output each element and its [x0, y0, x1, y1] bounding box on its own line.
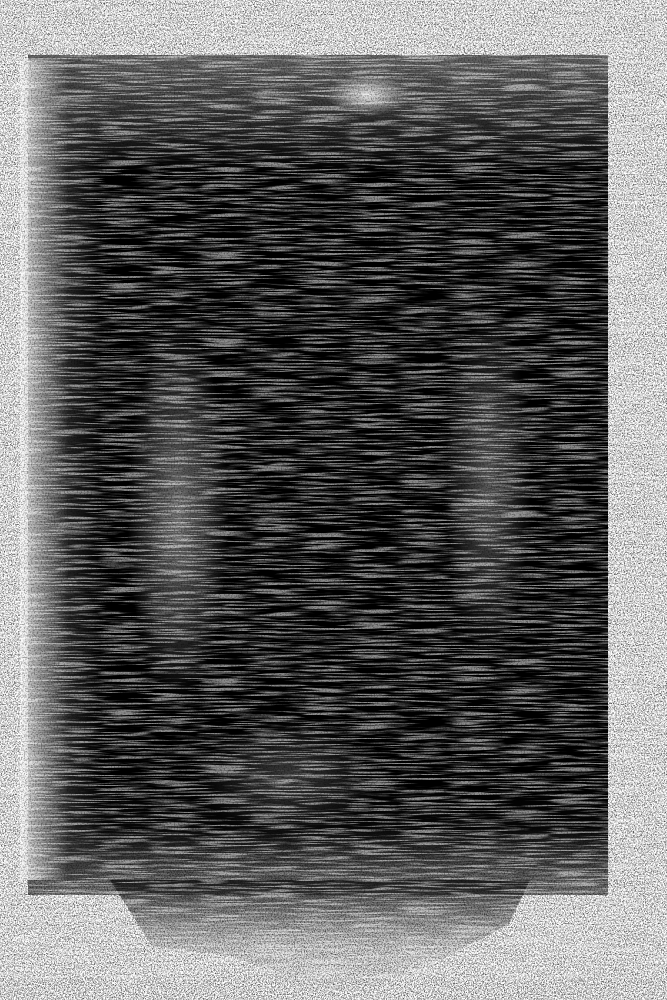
grunge-texture-canvas	[0, 0, 667, 1000]
grain-overlay	[0, 0, 667, 1000]
